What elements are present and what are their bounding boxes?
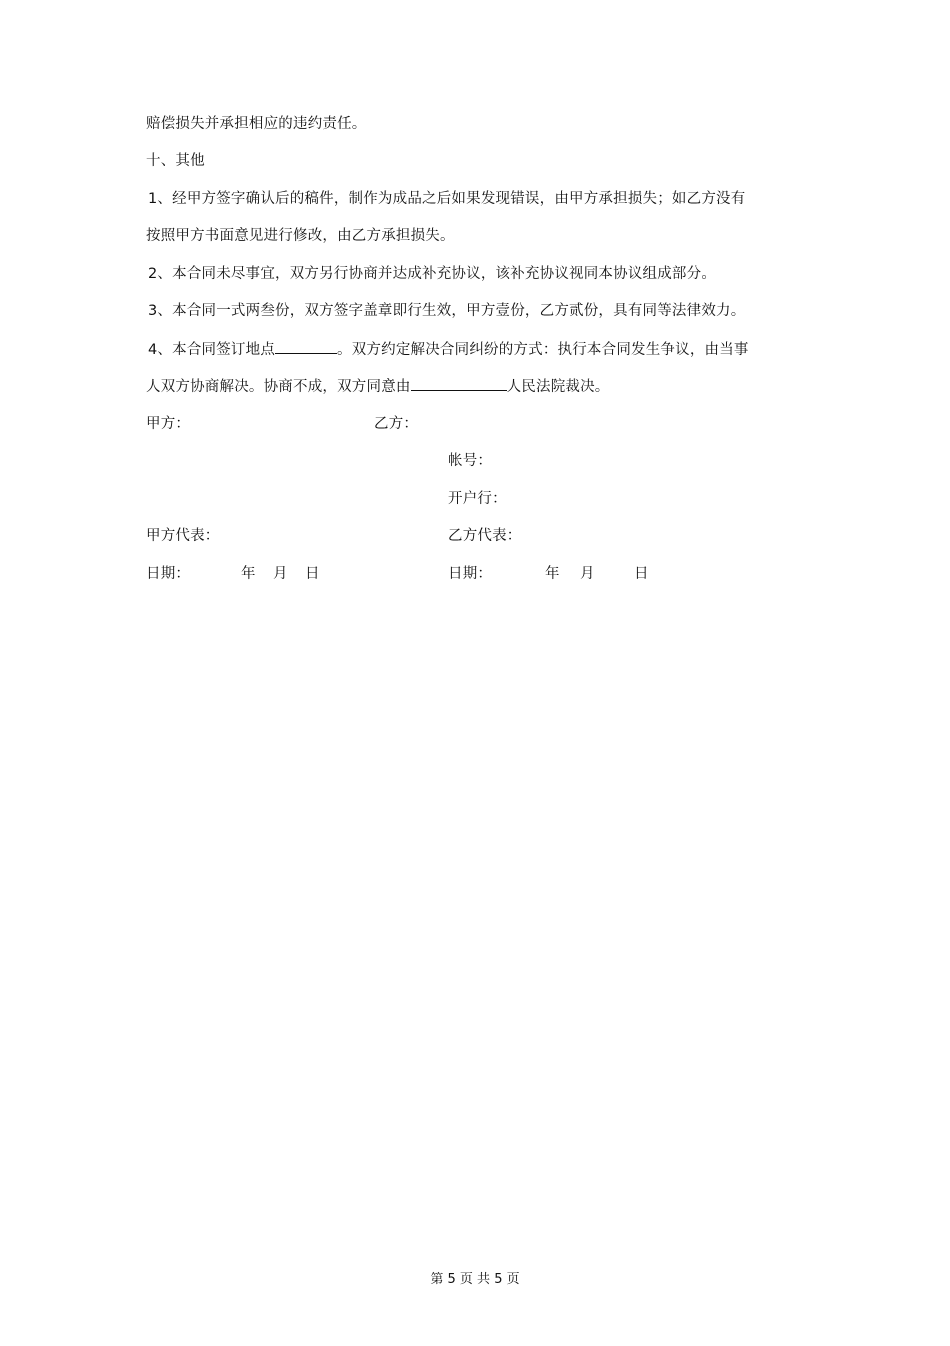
party-a-date-day: 日 (305, 564, 320, 584)
party-a-label: 甲方： (146, 414, 190, 434)
clause-4-line-2: 人双方协商解决。协商不成，双方同意由人民法院裁决。 (146, 376, 610, 397)
party-b-date-label: 日期： (448, 564, 492, 584)
party-b-date-year: 年 (545, 564, 560, 584)
signing-location-blank[interactable] (275, 339, 337, 354)
party-a-rep-label: 甲方代表： (146, 526, 220, 546)
party-b-rep-label: 乙方代表： (448, 526, 522, 546)
party-a-date-year: 年 (241, 564, 256, 584)
party-b-date-month: 月 (580, 564, 595, 584)
clause-2: 2、本合同未尽事宜，双方另行协商并达成补充协议，该补充协议视同本协议组成部分。 (148, 264, 716, 284)
clause-4-text-b: 。双方约定解决合同纠纷的方式：执行本合同发生争议，由当事 (337, 342, 749, 358)
clause-4-text-c: 人双方协商解决。协商不成，双方同意由 (146, 379, 411, 395)
clause-4-text-d: 人民法院裁决。 (507, 379, 610, 395)
clause-4-line-1: 4、本合同签订地点。双方约定解决合同纠纷的方式：执行本合同发生争议，由当事 (148, 339, 749, 360)
clause-3: 3、本合同一式两叁份，双方签字盖章即行生效，甲方壹份，乙方贰份，具有同等法律效力… (148, 301, 745, 321)
party-a-date-month: 月 (273, 564, 288, 584)
bank-label: 开户行： (448, 489, 507, 509)
party-b-date-day: 日 (634, 564, 649, 584)
clause-1-line-2: 按照甲方书面意见进行修改，由乙方承担损失。 (146, 226, 455, 246)
page-number-footer: 第 5 页 共 5 页 (0, 1268, 950, 1287)
clause-4-text-a: 4、本合同签订地点 (148, 342, 275, 358)
paragraph-continuation: 赔偿损失并承担相应的违约责任。 (146, 114, 367, 134)
section-heading-other: 十、其他 (146, 151, 205, 171)
court-name-blank[interactable] (411, 376, 507, 391)
account-label: 帐号： (448, 451, 492, 471)
party-b-label: 乙方： (374, 414, 418, 434)
clause-1-line-1: 1、经甲方签字确认后的稿件，制作为成品之后如果发现错误，由甲方承担损失；如乙方没… (148, 189, 745, 209)
party-a-date-label: 日期： (146, 564, 190, 584)
